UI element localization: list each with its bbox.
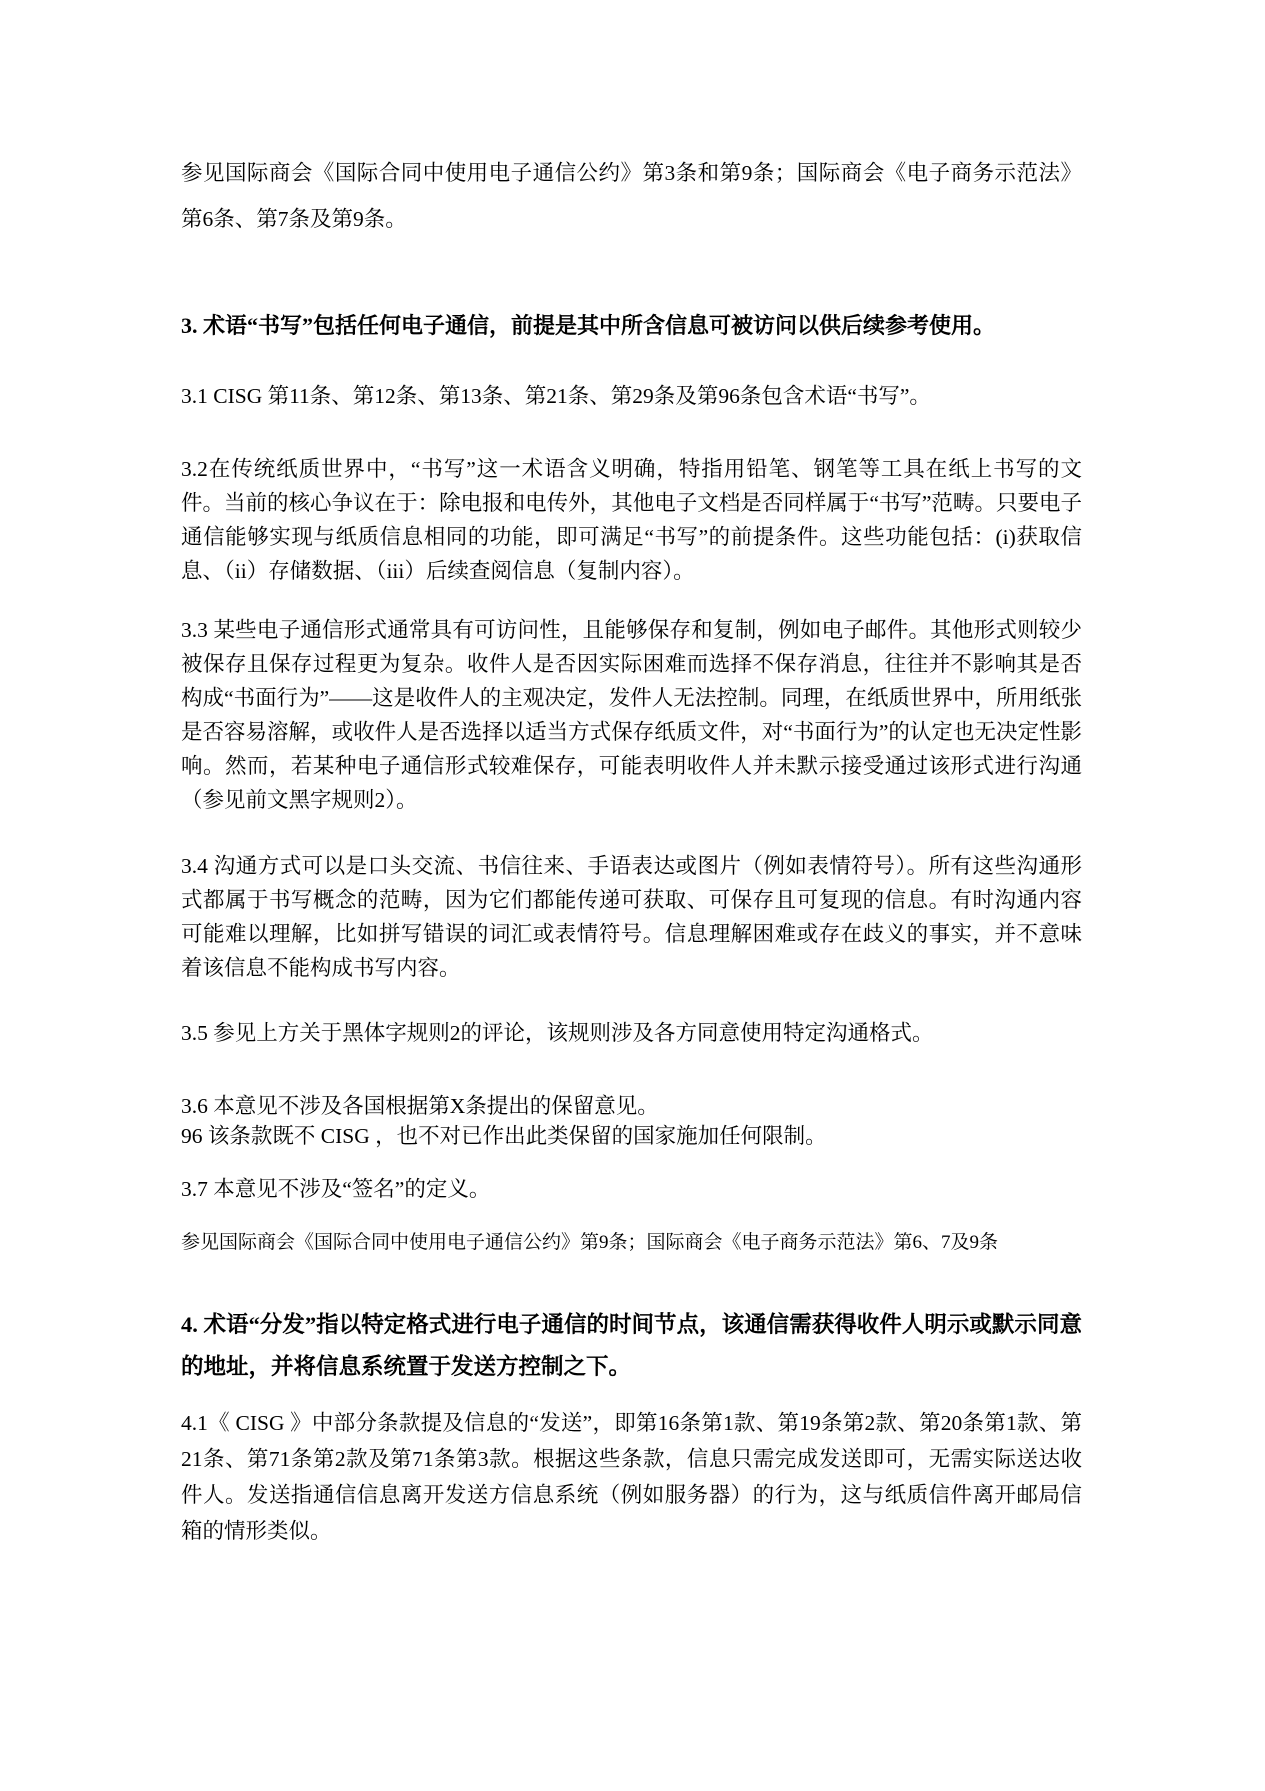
paragraph-3-6: 3.6 本意见不涉及各国根据第X条提出的保留意见。 bbox=[181, 1091, 1082, 1121]
rule-4-heading: 4. 术语“分发”指以特定格式进行电子通信的时间节点，该通信需获得收件人明示或默… bbox=[181, 1304, 1082, 1388]
paragraph-3-6-reservation-note: 96 该条款既不 CISG ，也不对已作出此类保留的国家施加任何限制。 bbox=[181, 1121, 1082, 1151]
paragraph-3-1: 3.1 CISG 第11条、第12条、第13条、第21条、第29条及第96条包含… bbox=[181, 379, 1082, 413]
paragraph-4-1: 4.1《 CISG 》中部分条款提及信息的“发送”，即第16条第1款、第19条第… bbox=[181, 1405, 1082, 1549]
paragraph-3-7: 3.7 本意见不涉及“签名”的定义。 bbox=[181, 1172, 1082, 1206]
paragraph-3-2: 3.2在传统纸质世界中，“书写”这一术语含义明确，特指用铅笔、钢笔等工具在纸上书… bbox=[181, 452, 1082, 588]
rule-3-heading: 3. 术语“书写”包括任何电子通信，前提是其中所含信息可被访问以供后续参考使用。 bbox=[181, 309, 1082, 343]
intro-citation-paragraph: 参见国际商会《国际合同中使用电子通信公约》第3条和第9条；国际商会《电子商务示范… bbox=[181, 150, 1082, 242]
paragraph-3-5: 3.5 参见上方关于黑体字规则2的评论，该规则涉及各方同意使用特定沟通格式。 bbox=[181, 1016, 1082, 1050]
paragraph-3-3: 3.3 某些电子通信形式通常具有可访问性，且能够保存和复制，例如电子邮件。其他形… bbox=[181, 613, 1082, 817]
rule-3-citation-note: 参见国际商会《国际合同中使用电子通信公约》第9条；国际商会《电子商务示范法》第6… bbox=[181, 1227, 1082, 1258]
document-content: 参见国际商会《国际合同中使用电子通信公约》第3条和第9条；国际商会《电子商务示范… bbox=[181, 0, 1082, 1549]
document-page: 参见国际商会《国际合同中使用电子通信公约》第3条和第9条；国际商会《电子商务示范… bbox=[0, 0, 1265, 1791]
paragraph-3-4: 3.4 沟通方式可以是口头交流、书信往来、手语表达或图片（例如表情符号）。所有这… bbox=[181, 849, 1082, 985]
